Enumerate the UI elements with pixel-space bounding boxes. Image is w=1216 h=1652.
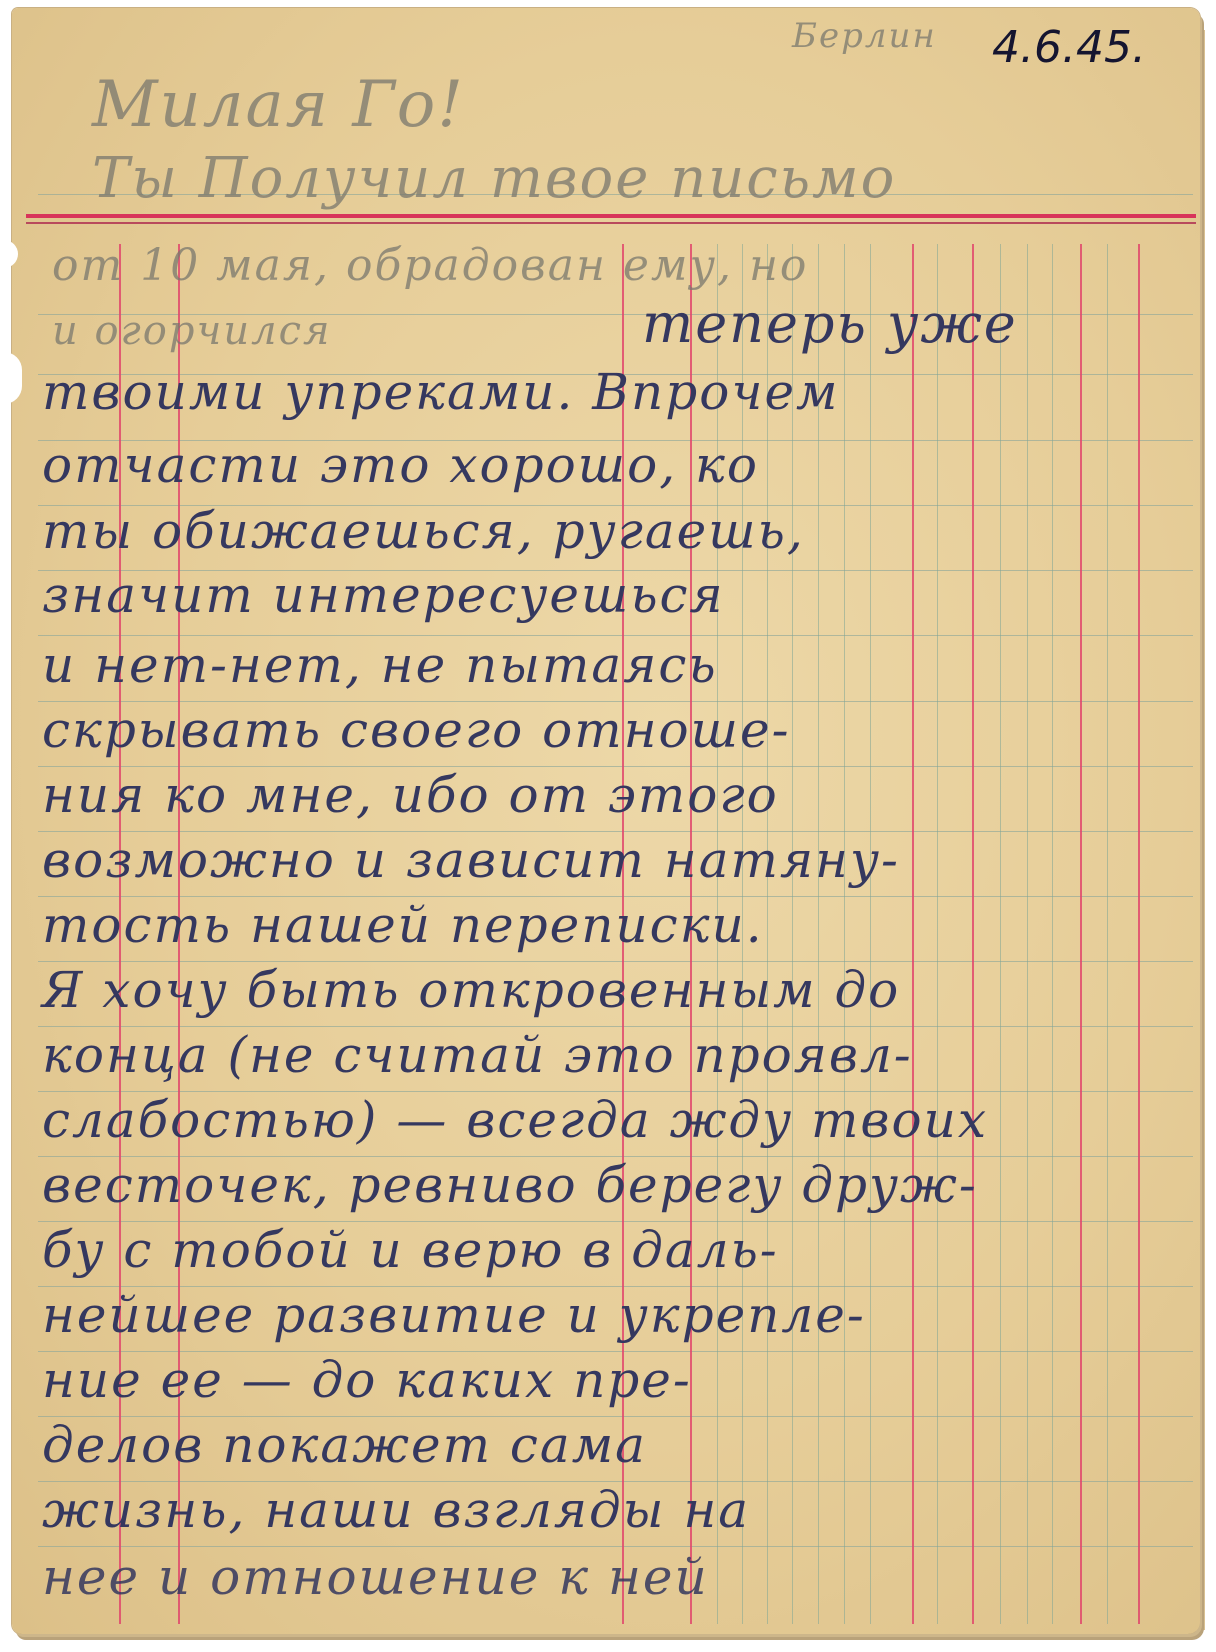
pencil-line-2: от 10 мая, обрадован ему, но	[52, 240, 808, 291]
body-line: Я хочу быть откровенным до	[42, 961, 900, 1019]
body-line: делов покажет сама	[42, 1416, 647, 1474]
body-line: слабостью) — всегда жду твоих	[42, 1091, 988, 1149]
body-line: конца (не считай это проявл-	[42, 1026, 913, 1084]
body-line: ние ее — до каких пре-	[42, 1351, 692, 1409]
body-line: отчасти это хорошо, ко	[42, 436, 759, 494]
body-line: скрывать своего отноше-	[42, 701, 791, 759]
green-column-rule	[1027, 244, 1028, 1624]
letter-date: 4.6.45.	[992, 22, 1146, 73]
body-line: жизнь, наши взгляды на	[42, 1481, 750, 1539]
body-line: возможно и зависит натяну-	[42, 831, 900, 889]
body-line: ты обижаешься, ругаешь,	[42, 502, 805, 560]
body-line: тость нашей переписки.	[42, 896, 764, 954]
pencil-line-1: Ты Получил твое письмо	[92, 146, 896, 211]
red-top-rule-thin	[26, 222, 1196, 224]
red-column-rule	[972, 244, 974, 1624]
red-column-rule	[1080, 244, 1082, 1624]
green-column-rule	[1107, 244, 1108, 1624]
body-line: ния ко мне, ибо от этого	[42, 766, 779, 824]
torn-edge	[0, 240, 18, 268]
green-column-rule	[1000, 244, 1001, 1624]
body-line: теперь уже	[642, 292, 1018, 355]
notebook-page: 4.6.45. Берлин Милая Го! Ты Получил твое…	[12, 8, 1200, 1634]
green-column-rule	[844, 244, 845, 1624]
torn-edge	[0, 352, 22, 404]
green-column-rule	[792, 244, 793, 1624]
green-column-rule	[1052, 244, 1053, 1624]
body-line: нейшее развитие и укрепле-	[42, 1286, 866, 1344]
green-column-rule	[937, 244, 938, 1624]
green-column-rule	[767, 244, 768, 1624]
body-line: значит интересуешься	[42, 566, 725, 624]
body-line: нее и отношение к ней	[42, 1548, 709, 1606]
place-name: Берлин	[792, 16, 937, 56]
pencil-line-3: и огорчился	[52, 308, 331, 354]
body-line: бу с тобой и верю в даль-	[42, 1221, 779, 1279]
body-line: и нет-нет, не пытаясь	[42, 636, 718, 694]
ruled-line	[38, 1546, 1193, 1547]
red-top-rule-thick	[26, 214, 1196, 218]
red-column-rule	[912, 244, 914, 1624]
green-column-rule	[870, 244, 871, 1624]
red-column-rule	[1138, 244, 1140, 1624]
body-line: твоими упреками. Впрочем	[42, 363, 840, 421]
salutation: Милая Го!	[92, 68, 465, 142]
body-line: весточек, ревниво берегу друж-	[42, 1156, 978, 1214]
green-column-rule	[818, 244, 819, 1624]
